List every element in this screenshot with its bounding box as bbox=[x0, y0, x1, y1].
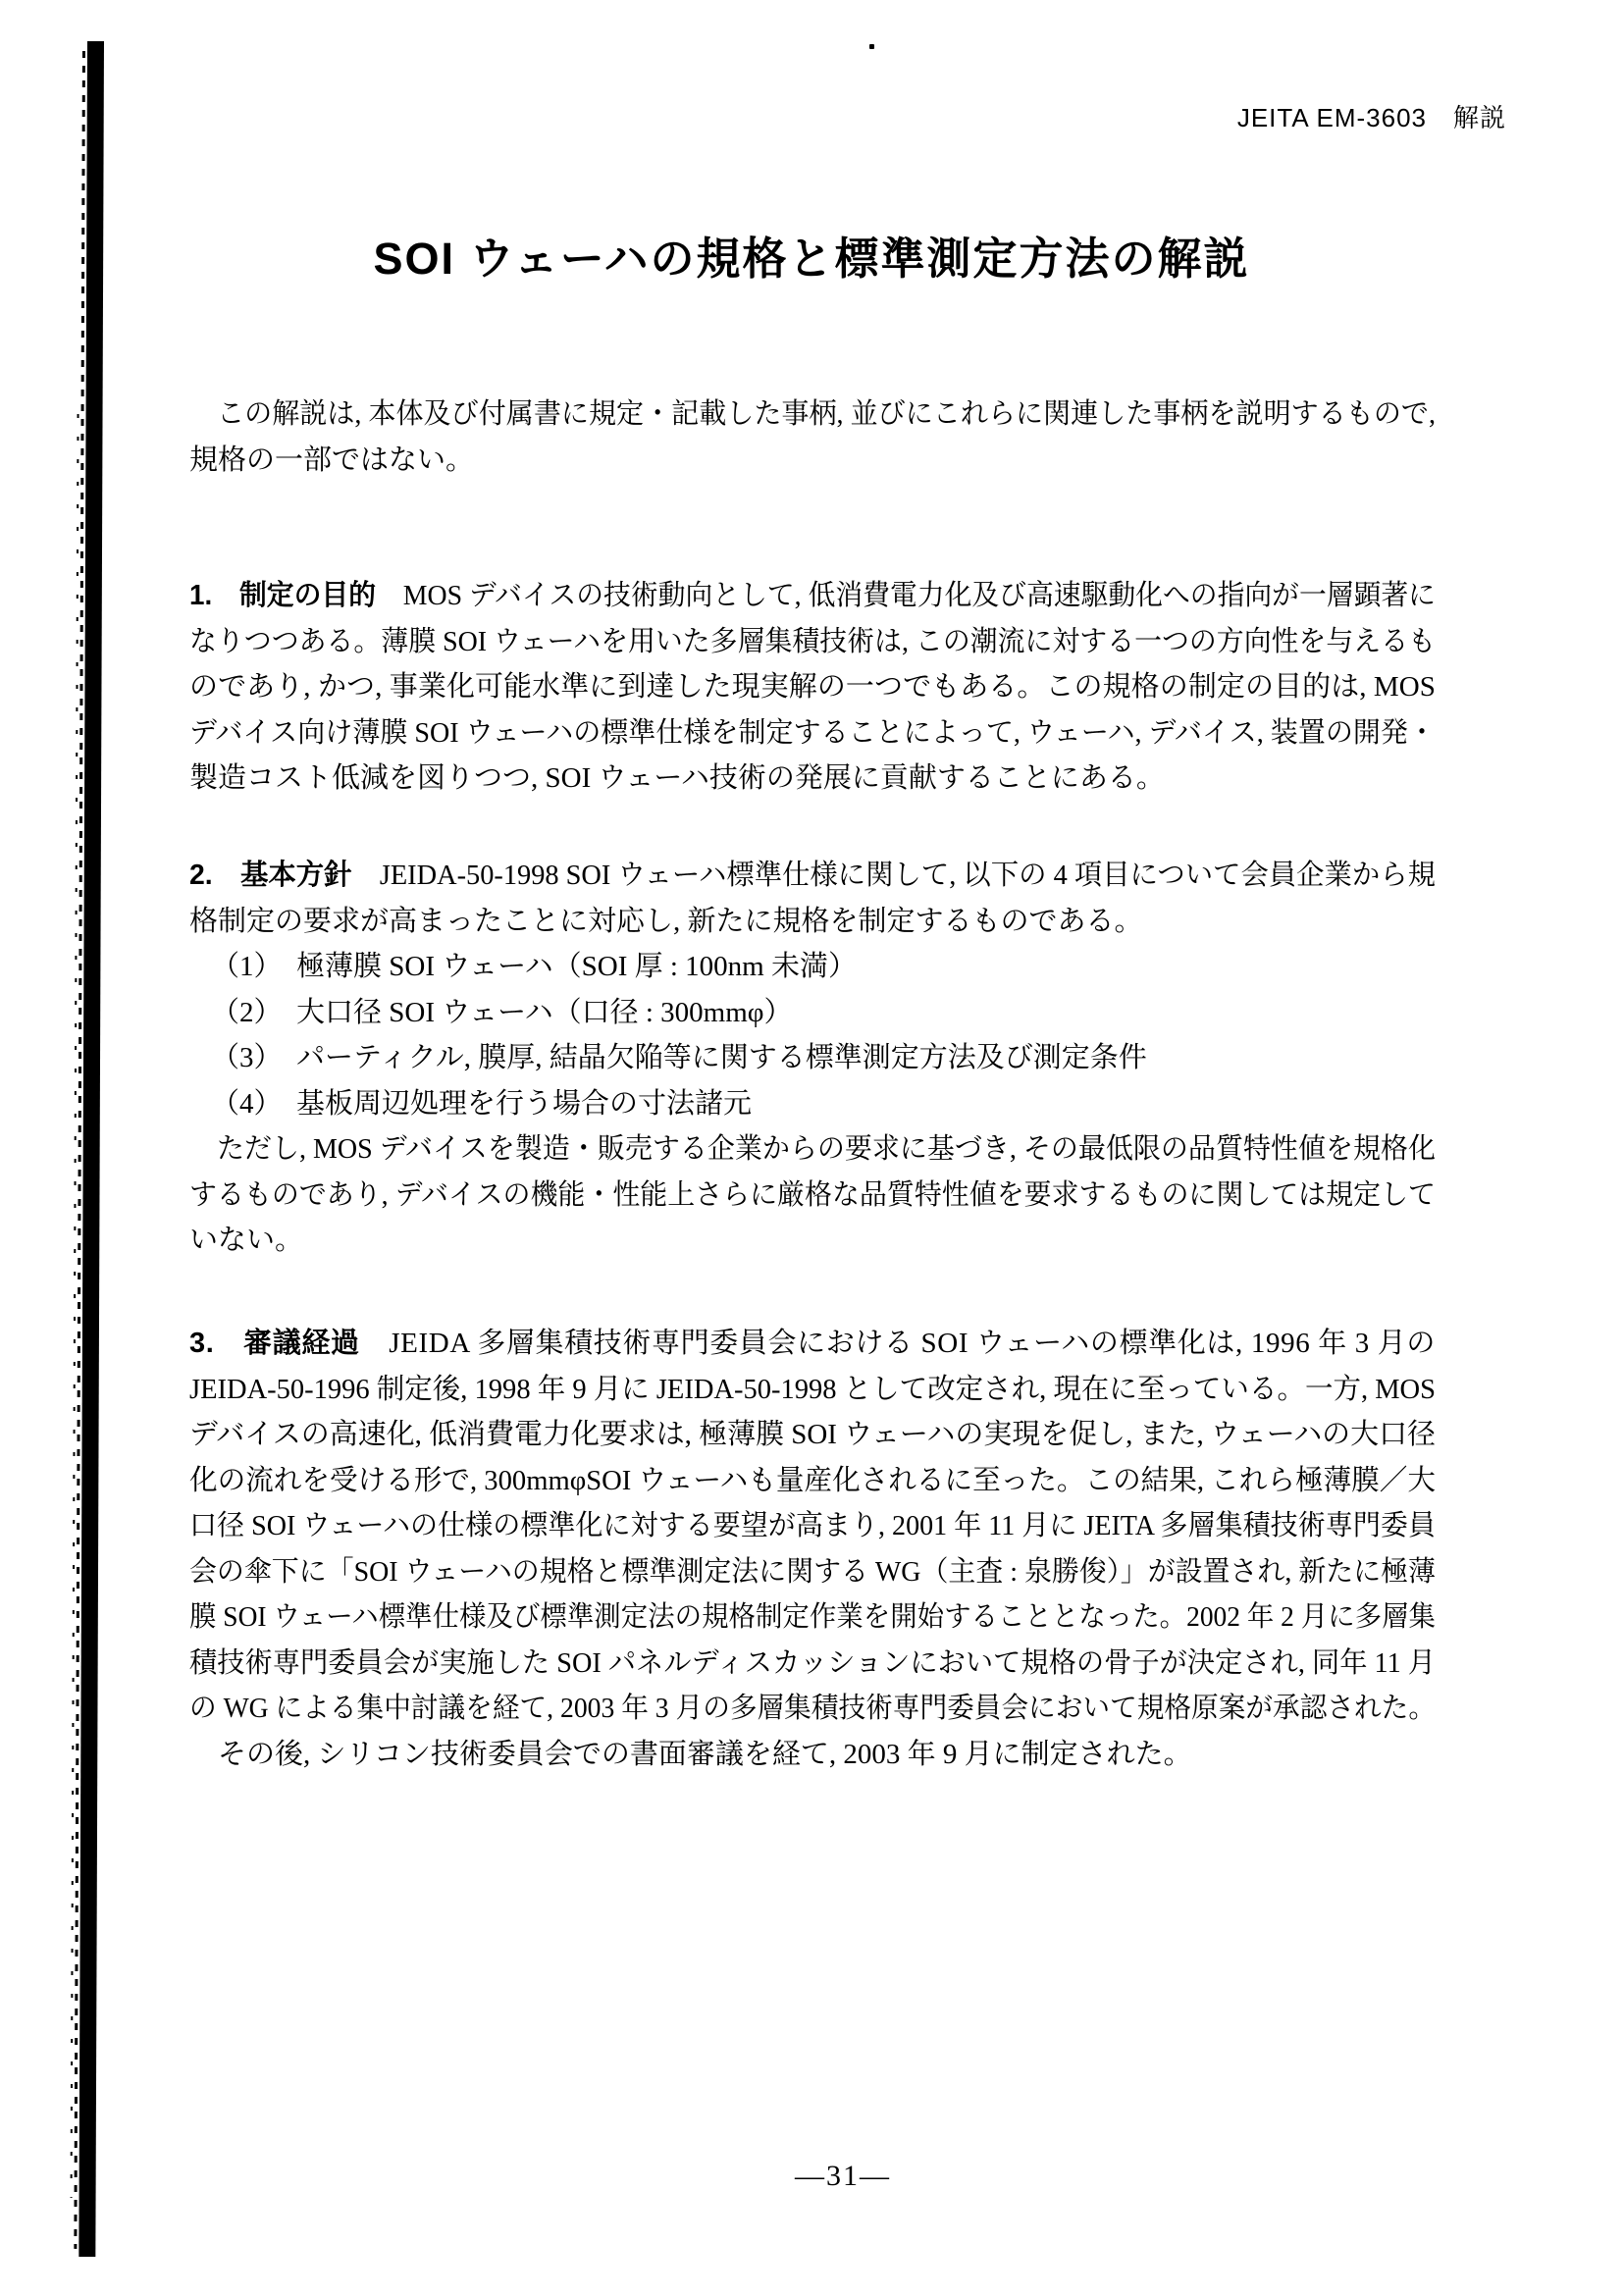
text-line: 規格の一部ではない。 bbox=[189, 438, 1436, 484]
text-line: 会の傘下に「SOI ウェーハの規格と標準測定法に関する WG（主査 : 泉勝俊）… bbox=[189, 1549, 1436, 1595]
text-line-content: 積技術専門委員会が実施した SOI パネルディスカッションにおいて規格の骨子が決… bbox=[189, 1641, 1436, 1687]
text-line-content: （4） 基板周辺処理を行う場合の寸法諸元 bbox=[211, 1081, 752, 1127]
section-3: 3. 審議経過 JEIDA 多層集積技術専門委員会における SOI ウェーハの標… bbox=[189, 1321, 1436, 1777]
document-page: JEITA EM-3603 解説 SOI ウェーハの規格と標準測定方法の解説 こ… bbox=[0, 0, 1623, 2296]
text-line-content: 2. 基本方針 JEIDA-50-1998 SOI ウェーハ標準仕様に関して, … bbox=[189, 853, 1436, 899]
text-line-content: なりつつある。薄膜 SOI ウェーハを用いた多層集積技術は, この潮流に対する一… bbox=[189, 619, 1436, 665]
text-line: （1） 極薄膜 SOI ウェーハ（SOI 厚 : 100nm 未満） bbox=[189, 944, 1436, 990]
text-line: 膜 SOI ウェーハ標準仕様及び標準測定法の規格制定作業を開始することとなった。… bbox=[189, 1594, 1436, 1641]
text-line-content: 製造コスト低減を図りつつ, SOI ウェーハ技術の発展に貢献することにある。 bbox=[189, 756, 1165, 802]
text-line: JEIDA-50-1996 制定後, 1998 年 9 月に JEIDA-50-… bbox=[189, 1367, 1436, 1413]
text-line-content: 口径 SOI ウェーハの仕様の標準化に対する要望が高まり, 2001 年 11 … bbox=[189, 1503, 1436, 1549]
text-line-content: 会の傘下に「SOI ウェーハの規格と標準測定法に関する WG（主査 : 泉勝俊）… bbox=[189, 1549, 1436, 1595]
text-line-content: この解説は, 本体及び付属書に規定・記載した事柄, 並びにこれらに関連した事柄を… bbox=[189, 391, 1436, 438]
text-line-content: （2） 大口径 SOI ウェーハ（口径 : 300mmφ） bbox=[211, 990, 793, 1036]
text-line: いない。 bbox=[189, 1218, 1436, 1264]
text-line-content: 膜 SOI ウェーハ標準仕様及び標準測定法の規格制定作業を開始することとなった。… bbox=[189, 1594, 1436, 1641]
text-line: 格制定の要求が高まったことに対応し, 新たに規格を制定するものである。 bbox=[189, 899, 1436, 945]
text-line: のであり, かつ, 事業化可能水準に到達した現実解の一つでもある。この規格の制定… bbox=[189, 664, 1436, 710]
text-line: （3） パーティクル, 膜厚, 結晶欠陥等に関する標準測定方法及び測定条件 bbox=[189, 1035, 1436, 1081]
text-line-content: その後, シリコン技術委員会での書面審議を経て, 2003 年 9 月に制定され… bbox=[189, 1732, 1192, 1778]
text-line: この解説は, 本体及び付属書に規定・記載した事柄, 並びにこれらに関連した事柄を… bbox=[189, 391, 1436, 438]
text-line-content: の WG による集中討議を経て, 2003 年 3 月の多層集積技術専門委員会に… bbox=[189, 1686, 1436, 1732]
text-line: デバイスの高速化, 低消費電力化要求は, 極薄膜 SOI ウェーハの実現を促し,… bbox=[189, 1412, 1436, 1458]
doc-title: SOI ウェーハの規格と標準測定方法の解説 bbox=[0, 234, 1623, 285]
text-line: 製造コスト低減を図りつつ, SOI ウェーハ技術の発展に貢献することにある。 bbox=[189, 756, 1436, 802]
scan-speck bbox=[869, 44, 874, 49]
text-line-content: 1. 制定の目的 MOS デバイスの技術動向として, 低消費電力化及び高速駆動化… bbox=[189, 573, 1436, 619]
section-1: 1. 制定の目的 MOS デバイスの技術動向として, 低消費電力化及び高速駆動化… bbox=[189, 573, 1436, 802]
text-line-content: デバイス向け薄膜 SOI ウェーハの標準仕様を制定することによって, ウェーハ,… bbox=[189, 710, 1436, 757]
section-heading: 2. 基本方針 bbox=[189, 860, 351, 891]
text-line: ただし, MOS デバイスを製造・販売する企業からの要求に基づき, その最低限の… bbox=[189, 1126, 1436, 1173]
text-line-content: いない。 bbox=[189, 1218, 303, 1264]
text-line: の WG による集中討議を経て, 2003 年 3 月の多層集積技術専門委員会に… bbox=[189, 1686, 1436, 1732]
text-line: するものであり, デバイスの機能・性能上さらに厳格な品質特性値を要求するものに関… bbox=[189, 1173, 1436, 1219]
doc-code: JEITA EM-3603 解説 bbox=[1237, 103, 1506, 132]
text-line-content: 化の流れを受ける形で, 300mmφSOI ウェーハも量産化されるに至った。この… bbox=[189, 1458, 1436, 1504]
text-line-content: 規格の一部ではない。 bbox=[189, 438, 474, 484]
text-line: （2） 大口径 SOI ウェーハ（口径 : 300mmφ） bbox=[189, 990, 1436, 1036]
text-line-content: するものであり, デバイスの機能・性能上さらに厳格な品質特性値を要求するものに関… bbox=[189, 1173, 1436, 1219]
text-line-content: のであり, かつ, 事業化可能水準に到達した現実解の一つでもある。この規格の制定… bbox=[189, 664, 1436, 710]
text-line-content: （3） パーティクル, 膜厚, 結晶欠陥等に関する標準測定方法及び測定条件 bbox=[211, 1035, 1147, 1081]
scan-binding-bar bbox=[79, 41, 104, 2257]
text-line-content: （1） 極薄膜 SOI ウェーハ（SOI 厚 : 100nm 未満） bbox=[211, 944, 857, 990]
text-line: 2. 基本方針 JEIDA-50-1998 SOI ウェーハ標準仕様に関して, … bbox=[189, 853, 1436, 899]
section-2: 2. 基本方針 JEIDA-50-1998 SOI ウェーハ標準仕様に関して, … bbox=[189, 853, 1436, 1264]
text-line-content: ただし, MOS デバイスを製造・販売する企業からの要求に基づき, その最低限の… bbox=[189, 1126, 1436, 1173]
text-line: なりつつある。薄膜 SOI ウェーハを用いた多層集積技術は, この潮流に対する一… bbox=[189, 619, 1436, 665]
text-line: （4） 基板周辺処理を行う場合の寸法諸元 bbox=[189, 1081, 1436, 1127]
text-line: 3. 審議経過 JEIDA 多層集積技術専門委員会における SOI ウェーハの標… bbox=[189, 1321, 1436, 1367]
text-line-content: 3. 審議経過 JEIDA 多層集積技術専門委員会における SOI ウェーハの標… bbox=[189, 1321, 1436, 1367]
text-line-content: 格制定の要求が高まったことに対応し, 新たに規格を制定するものである。 bbox=[189, 899, 1143, 945]
intro-paragraph: この解説は, 本体及び付属書に規定・記載した事柄, 並びにこれらに関連した事柄を… bbox=[189, 391, 1436, 483]
text-line: 化の流れを受ける形で, 300mmφSOI ウェーハも量産化されるに至った。この… bbox=[189, 1458, 1436, 1504]
text-line-content: JEIDA-50-1996 制定後, 1998 年 9 月に JEIDA-50-… bbox=[189, 1367, 1436, 1413]
text-line: デバイス向け薄膜 SOI ウェーハの標準仕様を制定することによって, ウェーハ,… bbox=[189, 710, 1436, 757]
text-line: 口径 SOI ウェーハの仕様の標準化に対する要望が高まり, 2001 年 11 … bbox=[189, 1503, 1436, 1549]
page-number: —31— bbox=[795, 2159, 891, 2194]
text-line: 1. 制定の目的 MOS デバイスの技術動向として, 低消費電力化及び高速駆動化… bbox=[189, 573, 1436, 619]
text-line-content: デバイスの高速化, 低消費電力化要求は, 極薄膜 SOI ウェーハの実現を促し,… bbox=[189, 1412, 1436, 1458]
section-heading: 3. 審議経過 bbox=[189, 1328, 360, 1359]
section-heading: 1. 制定の目的 bbox=[189, 580, 376, 611]
text-line: 積技術専門委員会が実施した SOI パネルディスカッションにおいて規格の骨子が決… bbox=[189, 1641, 1436, 1687]
text-line: その後, シリコン技術委員会での書面審議を経て, 2003 年 9 月に制定され… bbox=[189, 1732, 1436, 1778]
